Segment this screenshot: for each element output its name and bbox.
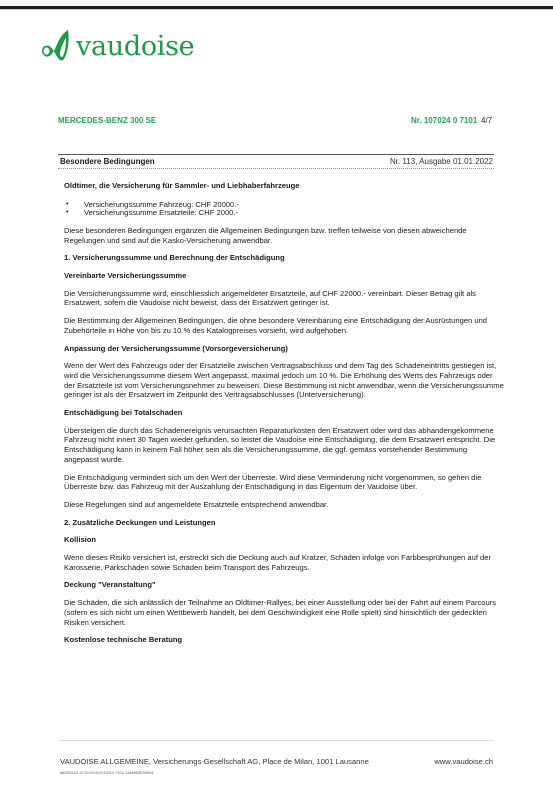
- section-reference: Nr. 113, Ausgabe 01.01.2022: [390, 157, 493, 166]
- subheading-agreed-sum: Vereinbarte Versicherungssumme: [64, 271, 504, 281]
- document-title: Oldtimer, die Versicherung für Sammler- …: [64, 181, 504, 191]
- footer-divider: [60, 740, 494, 741]
- insured-sums-list: Versicherungssumme Fahrzeug: CHF 20000.-…: [64, 201, 504, 218]
- section-divider-top: [58, 154, 494, 155]
- page-number: 4/7: [481, 116, 492, 125]
- subheading-technical-advice: Kostenlose technische Beratung: [64, 635, 504, 645]
- footer-document-code: 66/2024-02-12 20:03:00/107024 0 7101/ 24…: [60, 771, 153, 775]
- section-title: Besondere Bedingungen: [60, 157, 155, 166]
- paragraph: Übersteigen die durch das Schadenereigni…: [64, 426, 504, 465]
- vehicle-name: MERCEDES-BENZ 300 SE: [58, 116, 156, 125]
- vaudoise-infinity-leaf-icon: [38, 29, 74, 63]
- brand-name: vaudoise: [76, 33, 194, 60]
- vaudoise-logo: vaudoise: [38, 29, 194, 63]
- paragraph: Die Schäden, die sich anlässlich der Tei…: [64, 598, 504, 627]
- paragraph: Wenn dieses Risiko versichert ist, erstr…: [64, 553, 504, 572]
- section-1-heading: 1. Versicherungssumme und Berechnung der…: [64, 253, 504, 263]
- subheading-sum-adjustment: Anpassung der Versicherungssumme (Vorsor…: [64, 344, 504, 354]
- paragraph: Die Bestimmung der Allgemeinen Bedingung…: [64, 316, 504, 335]
- subheading-event-coverage: Deckung "Veranstaltung": [64, 580, 504, 590]
- section-2-heading: 2. Zusätzliche Deckungen und Leistungen: [64, 518, 504, 528]
- subheading-total-loss: Entschädigung bei Totalschaden: [64, 408, 504, 418]
- footer-website-link[interactable]: www.vaudoise.ch: [434, 757, 493, 766]
- paragraph: Diese Regelungen sind auf angemeldete Er…: [64, 500, 504, 510]
- top-border-shadow: [0, 9, 553, 10]
- footer-company-address: VAUDOISE ALLGEMEINE, Versicherungs-Gesel…: [60, 757, 369, 766]
- section-divider-bottom: [58, 168, 494, 169]
- contract-number: Nr. 107024 0 7101: [411, 116, 477, 125]
- intro-paragraph: Diese besonderen Bedingungen ergänzen di…: [64, 226, 504, 245]
- paragraph: Die Entschädigung vermindert sich um den…: [64, 473, 504, 492]
- subheading-collision: Kollision: [64, 535, 504, 545]
- paragraph: Wenn der Wert des Fahrzeugs oder der Ers…: [64, 361, 504, 400]
- paragraph: Die Versicherungssumme wird, einschliess…: [64, 289, 504, 308]
- document-body: Oldtimer, die Versicherung für Sammler- …: [64, 181, 504, 653]
- list-item: Versicherungssumme Ersatzteile: CHF 2000…: [64, 209, 504, 218]
